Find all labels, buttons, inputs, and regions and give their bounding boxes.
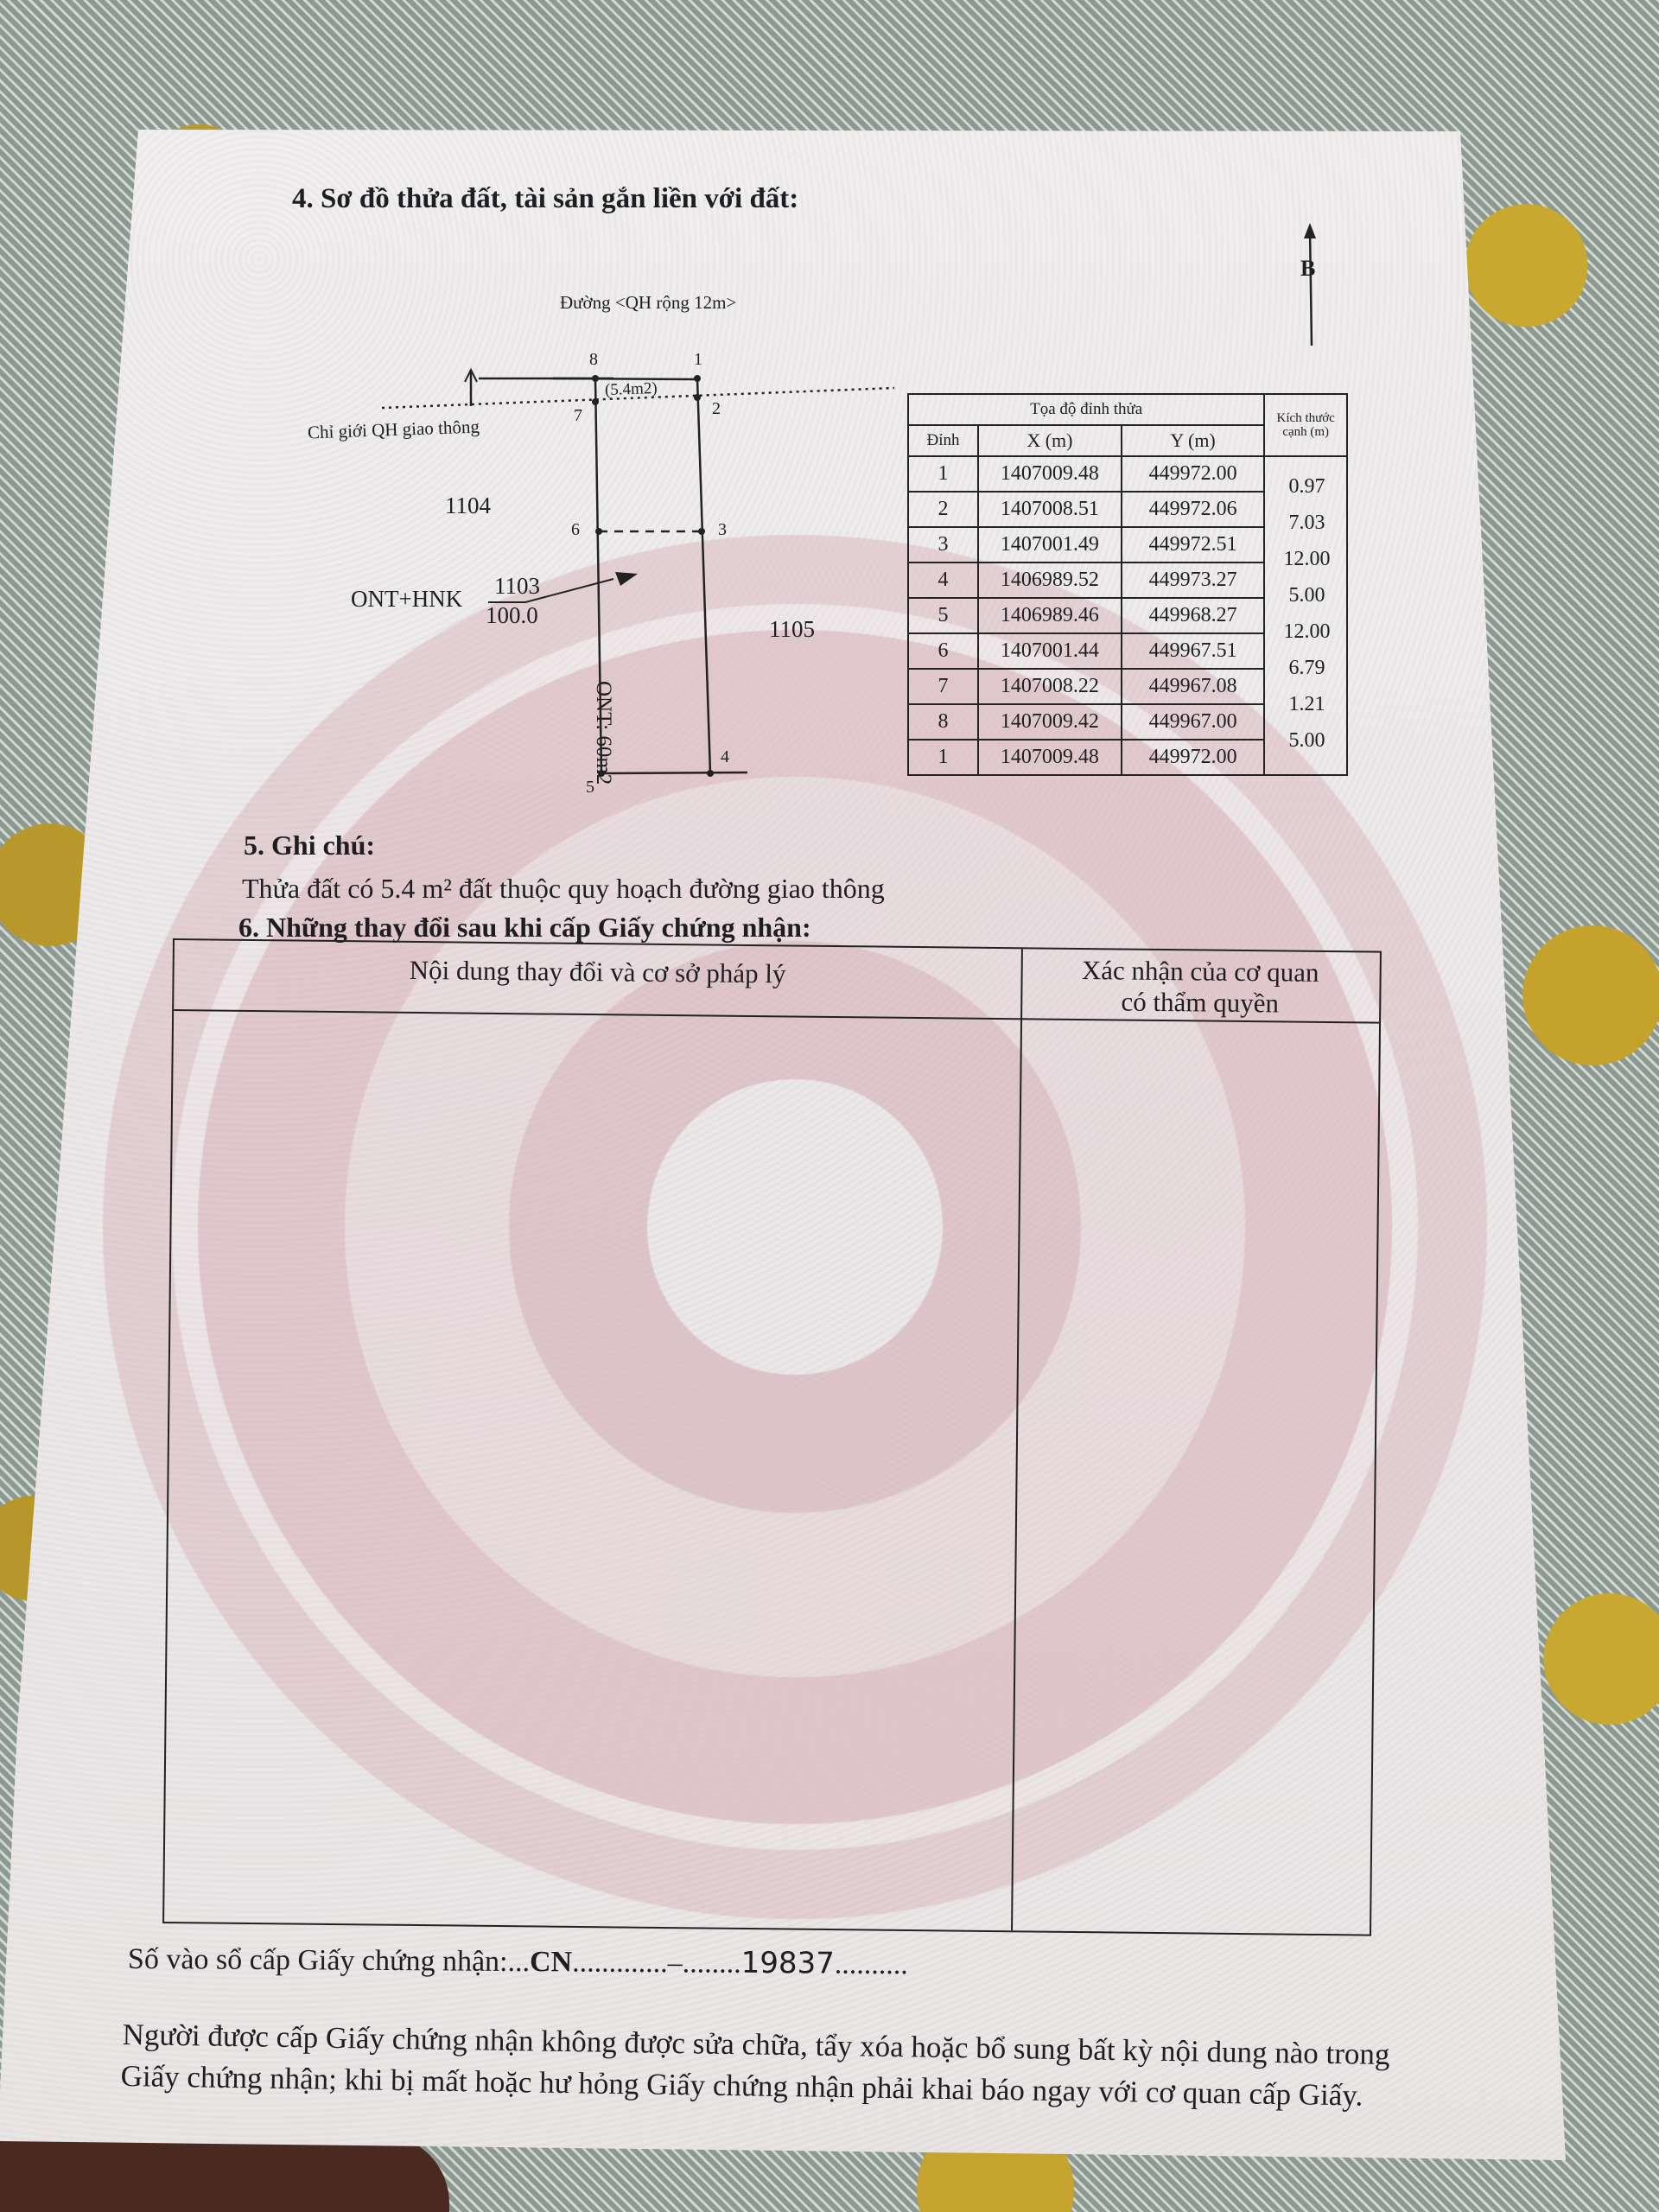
edge-4-5: 5.00 xyxy=(1266,584,1348,607)
vertex-3: 3 xyxy=(718,520,727,540)
registry-prefix: CN xyxy=(530,1946,572,1978)
north-arrow-icon xyxy=(1310,229,1312,346)
x-col-header: X (m) xyxy=(978,425,1122,456)
vertex-6: 6 xyxy=(571,520,580,540)
vertex-8: 8 xyxy=(589,350,598,370)
registry-number: 19837 xyxy=(741,1946,835,1981)
edge-6-7: 6.79 xyxy=(1266,657,1348,680)
registry-label: Số vào sổ cấp Giấy chứng nhận: xyxy=(128,1943,508,1978)
edge-length-header: Kích thước cạnh (m) xyxy=(1264,394,1347,456)
certificate-page: 4. Sơ đồ thửa đất, tài sản gắn liền với … xyxy=(0,0,1659,2212)
section5-title: 5. Ghi chú: xyxy=(244,829,375,861)
vertex-1: 1 xyxy=(694,350,702,370)
diagram-lines xyxy=(0,0,1659,864)
edge-3-4: 12.00 xyxy=(1266,548,1348,571)
edge-lengths: 0.97 7.03 12.00 5.00 12.00 6.79 1.21 5.0… xyxy=(1266,458,1348,782)
vertex-7: 7 xyxy=(574,406,582,426)
section5-note: Thửa đất có 5.4 m² đất thuộc quy hoạch đ… xyxy=(242,873,885,905)
hand-shadow xyxy=(0,2134,449,2212)
y-col-header: Y (m) xyxy=(1122,425,1265,456)
edge-5-6: 12.00 xyxy=(1266,620,1348,644)
edge-8-1: 5.00 xyxy=(1266,729,1348,753)
vertex-col-header: Đỉnh xyxy=(908,425,978,456)
content-col-header: Nội dung thay đổi và cơ sở pháp lý xyxy=(174,952,1020,992)
vertex-2: 2 xyxy=(712,399,721,419)
column-divider xyxy=(1011,949,1023,1930)
edge-2-3: 7.03 xyxy=(1266,512,1348,535)
section6-title: 6. Những thay đổi sau khi cấp Giấy chứng… xyxy=(238,912,811,944)
registry-line: Số vào sổ cấp Giấy chứng nhận:...CN.....… xyxy=(128,1942,908,1981)
edge-7-8: 1.21 xyxy=(1266,693,1348,716)
changes-table: Nội dung thay đổi và cơ sở pháp lý Xác n… xyxy=(162,938,1382,1936)
confirm-col-header: Xác nhận của cơ quan có thẩm quyền xyxy=(1020,954,1380,1020)
edge-1-2: 0.97 xyxy=(1266,475,1348,499)
vertex-5: 5 xyxy=(586,778,594,798)
coord-group-header: Tọa độ đỉnh thửa xyxy=(908,394,1264,425)
vertex-4: 4 xyxy=(721,747,729,767)
